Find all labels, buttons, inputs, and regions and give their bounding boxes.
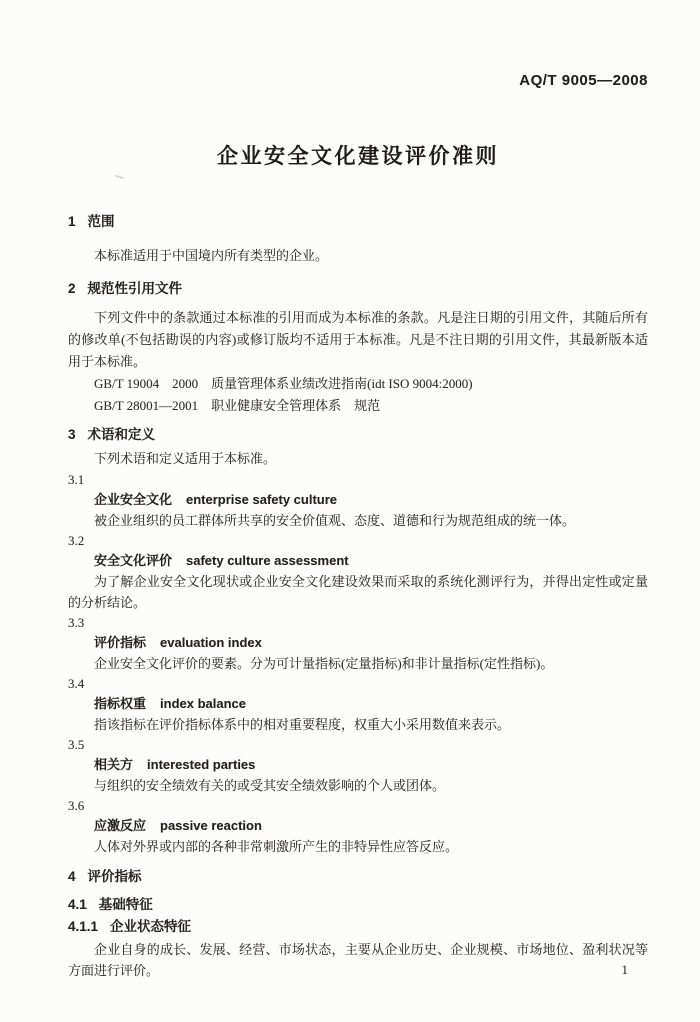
- term-number: 3.1: [68, 470, 648, 490]
- term-name: 相关方interested parties: [68, 755, 648, 775]
- term-name-zh: 相关方: [94, 757, 133, 772]
- section-1-number: 1: [68, 214, 76, 229]
- term-name-zh: 安全文化评价: [94, 553, 172, 568]
- term-name: 安全文化评价safety culture assessment: [68, 551, 648, 571]
- document-title: 企业安全文化建设评价准则: [68, 142, 648, 172]
- term-definition: 为了解企业安全文化现状或企业安全文化建设效果而采取的系统化测评行为，并得出定性或…: [68, 571, 648, 613]
- term-name-zh: 应激反应: [94, 818, 146, 833]
- term-name-en: index balance: [160, 696, 246, 711]
- term-name-en: passive reaction: [160, 818, 262, 833]
- document-page: AQ/T 9005—2008 企业安全文化建设评价准则 1范围 本标准适用于中国…: [0, 0, 700, 1022]
- term-name-zh: 评价指标: [94, 635, 146, 650]
- term-name-en: enterprise safety culture: [186, 492, 337, 507]
- scan-artifact: [424, 852, 429, 854]
- reference-item: GB/T 19004 2000 质量管理体系业绩改进指南(idt ISO 900…: [68, 373, 648, 395]
- section-4-title: 评价指标: [88, 869, 142, 884]
- section-1-paragraph: 本标准适用于中国境内所有类型的企业。: [68, 245, 648, 267]
- section-3-number: 3: [68, 427, 76, 442]
- term-name-en: evaluation index: [160, 635, 262, 650]
- term-definition: 指该指标在评价指标体系中的相对重要程度，权重大小采用数值来表示。: [68, 714, 648, 735]
- section-4-heading: 4评价指标: [68, 867, 648, 887]
- term-name: 评价指标evaluation index: [68, 633, 648, 653]
- term-number: 3.3: [68, 613, 648, 633]
- term-name-en: interested parties: [147, 757, 255, 772]
- section-4-number: 4: [68, 869, 76, 884]
- section-3-title: 术语和定义: [88, 427, 156, 442]
- section-1-title: 范围: [88, 214, 115, 229]
- term-definition: 与组织的安全绩效有关的或受其安全绩效影响的个人或团体。: [68, 775, 648, 796]
- term-number: 3.2: [68, 531, 648, 551]
- section-4-1-title: 基础特征: [99, 897, 153, 912]
- term-name: 企业安全文化enterprise safety culture: [68, 490, 648, 510]
- section-4-1-heading: 4.1基础特征: [68, 895, 648, 915]
- reference-item: GB/T 28001—2001 职业健康安全管理体系 规范: [68, 395, 648, 417]
- term-definition: 人体对外界或内部的各种非常刺激所产生的非特异性应答反应。: [68, 836, 648, 857]
- section-4-1-1-number: 4.1.1: [68, 919, 98, 934]
- section-2-number: 2: [68, 281, 76, 296]
- section-4-1-number: 4.1: [68, 897, 87, 912]
- term-name: 指标权重index balance: [68, 694, 648, 714]
- term-name-zh: 企业安全文化: [94, 492, 172, 507]
- term-definition: 被企业组织的员工群体所共享的安全价值观、态度、道德和行为规范组成的统一体。: [68, 510, 648, 531]
- section-4-1-1-heading: 4.1.1企业状态特征: [68, 917, 648, 937]
- scan-artifact: [115, 175, 124, 180]
- standard-code: AQ/T 9005—2008: [68, 72, 648, 90]
- term-name-en: safety culture assessment: [186, 553, 349, 568]
- section-2-heading: 2规范性引用文件: [68, 279, 648, 299]
- section-2-paragraph: 下列文件中的条款通过本标准的引用而成为本标准的条款。凡是注日期的引用文件，其随后…: [68, 307, 648, 373]
- section-1-heading: 1范围: [68, 212, 648, 232]
- term-number: 3.5: [68, 735, 648, 755]
- section-4-1-1-title: 企业状态特征: [110, 919, 191, 934]
- term-number: 3.4: [68, 674, 648, 694]
- term-number: 3.6: [68, 796, 648, 816]
- section-4-1-1-paragraph: 企业自身的成长、发展、经营、市场状态，主要从企业历史、企业规模、市场地位、盈利状…: [68, 939, 648, 981]
- term-name: 应激反应passive reaction: [68, 816, 648, 836]
- term-name-zh: 指标权重: [94, 696, 146, 711]
- section-3-heading: 3术语和定义: [68, 425, 648, 445]
- section-2-title: 规范性引用文件: [88, 281, 183, 296]
- page-number: 1: [622, 962, 629, 978]
- section-3-intro: 下列术语和定义适用于本标准。: [68, 448, 648, 470]
- term-definition: 企业安全文化评价的要素。分为可计量指标(定量指标)和非计量指标(定性指标)。: [68, 653, 648, 674]
